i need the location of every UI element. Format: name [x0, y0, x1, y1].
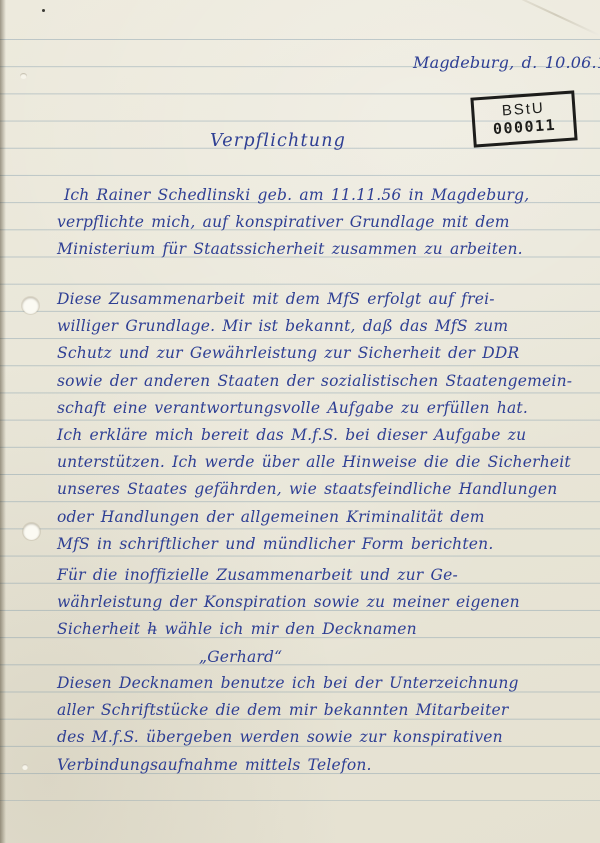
- bstu-stamp: BStU 000011: [470, 90, 577, 147]
- handwritten-line: oder Handlungen der allgemeinen Kriminal…: [57, 504, 572, 531]
- handwritten-line: williger Grundlage. Mir ist bekannt, daß…: [57, 313, 572, 340]
- scanned-document-page: Magdeburg, d. 10.06.1979 BStU 000011 Ver…: [0, 0, 600, 843]
- paragraph-cover-name: Für die inoffizielle Zusammenarbeit und …: [57, 562, 520, 671]
- handwritten-line: Für die inoffizielle Zusammenarbeit und …: [57, 562, 520, 589]
- handwritten-line: aller Schriftstücke die dem mir bekannte…: [57, 697, 519, 724]
- punch-hole-bottom: [23, 523, 40, 540]
- handwritten-line: unseres Staates gefährden, wie staatsfei…: [57, 476, 572, 503]
- handwritten-line: sowie der anderen Staaten der sozialisti…: [57, 368, 572, 395]
- handwritten-line: Ministerium für Staatssicherheit zusamme…: [57, 236, 529, 263]
- paragraph-usage: Diesen Decknamen benutze ich bei der Unt…: [57, 670, 519, 779]
- handwritten-line: Diesen Decknamen benutze ich bei der Unt…: [57, 670, 519, 697]
- paper-crease: [501, 0, 600, 41]
- handwritten-line: Verbindungsaufnahme mittels Telefon.: [57, 752, 519, 779]
- punch-hole-top: [22, 297, 39, 314]
- handwritten-line: währleistung der Konspiration sowie zu m…: [57, 589, 520, 616]
- paragraph-intro: Ich Rainer Schedlinski geb. am 11.11.56 …: [57, 182, 529, 264]
- paragraph-cooperation: Diese Zusammenarbeit mit dem MfS erfolgt…: [57, 286, 572, 558]
- handwritten-line: Sicherheit h̶ wähle ich mir den Deckname…: [57, 616, 520, 643]
- document-title: Verpflichtung: [210, 131, 346, 151]
- handwritten-line: unterstützen. Ich werde über alle Hinwei…: [57, 449, 572, 476]
- paper-nick-bottom: [22, 764, 28, 770]
- handwritten-line: Ich Rainer Schedlinski geb. am 11.11.56 …: [57, 182, 529, 209]
- handwritten-line: Schutz und zur Gewährleistung zur Sicher…: [57, 340, 572, 367]
- handwritten-line: Diese Zusammenarbeit mit dem MfS erfolgt…: [57, 286, 572, 313]
- paper-nick-top: [20, 73, 27, 79]
- date-line: Magdeburg, d. 10.06.1979: [413, 53, 600, 72]
- handwritten-line: verpflichte mich, auf konspirativer Grun…: [57, 209, 529, 236]
- stamp-serial-number: 000011: [492, 116, 556, 139]
- scan-edge-shadow: [0, 0, 6, 843]
- handwritten-line: MfS in schriftlicher und mündlicher Form…: [57, 531, 572, 558]
- handwritten-line: schaft eine verantwortungsvolle Aufgabe …: [57, 395, 572, 422]
- cover-name-line: „Gerhard“: [57, 644, 520, 671]
- paper-speck: [42, 9, 45, 12]
- handwritten-line: des M.f.S. übergeben werden sowie zur ko…: [57, 724, 519, 751]
- handwritten-line: Ich erkläre mich bereit das M.f.S. bei d…: [57, 422, 572, 449]
